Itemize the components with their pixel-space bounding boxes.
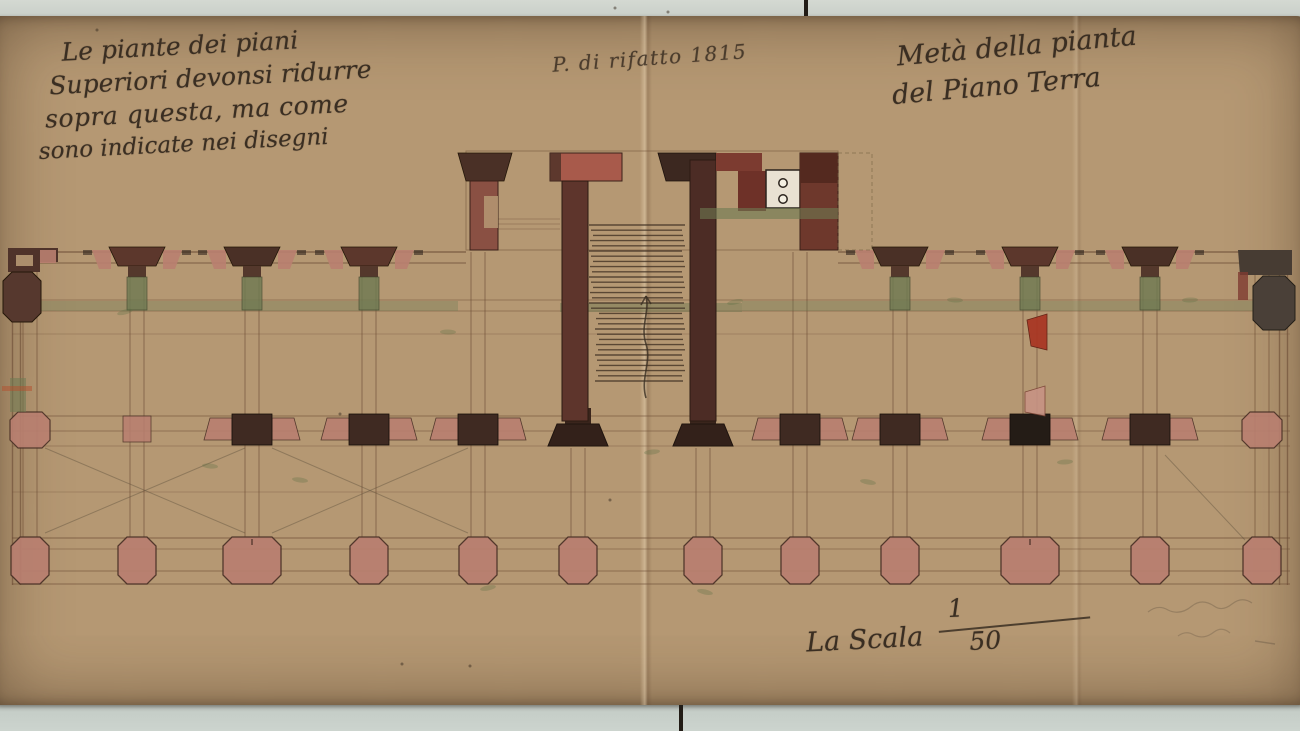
axis-wall-lines — [23, 252, 1269, 537]
scale-fraction: 150 — [938, 602, 1097, 662]
scanned-drawing-photo: Le piante dei piani Superiori devonsi ri… — [0, 0, 1300, 731]
scale-denominator: 50 — [969, 625, 1002, 656]
annotation-upper-left: Le piante dei piani Superiori devonsi ri… — [45, 20, 376, 169]
corner-pavilions — [2, 248, 1295, 412]
bottom-colonnade — [11, 537, 1281, 584]
mid-pier-band — [10, 408, 1282, 448]
scale-label: La Scala — [805, 621, 924, 658]
scale-numerator: 1 — [947, 593, 964, 623]
faint-pencil-note — [1148, 600, 1275, 644]
wall-grid-lines — [12, 219, 1290, 585]
